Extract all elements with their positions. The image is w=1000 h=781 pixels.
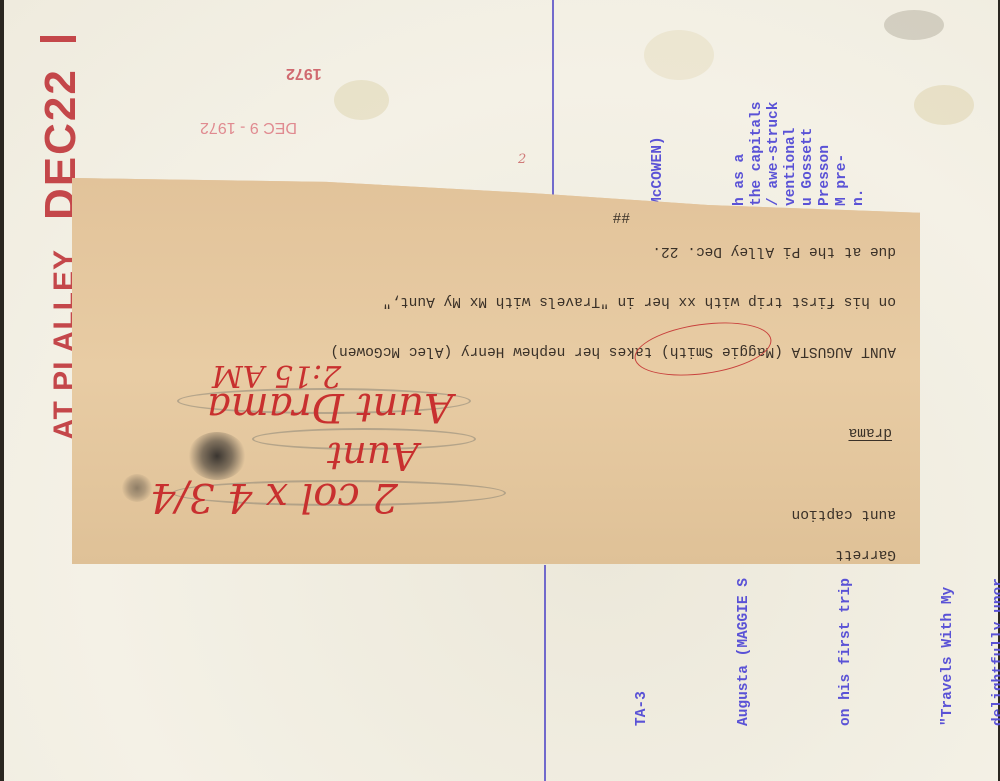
typed-line-end: ## (613, 208, 630, 224)
age-stain (884, 10, 944, 40)
caption-line: "Travels With My (940, 569, 957, 726)
blue-typed-caption: TA-3 Augusta (MAGGIE S on his first trip… (600, 569, 1000, 726)
blue-fragment: h as a (732, 154, 749, 206)
ink-smudge (188, 432, 246, 480)
caption-line (889, 569, 906, 726)
date-stamp-faded: 1972 (286, 64, 322, 82)
date-stamp: DEC 9 - 1972 (200, 118, 297, 136)
typed-line-drama: drama (848, 424, 892, 440)
blue-fragment: McCOWEN) (650, 136, 667, 206)
caption-line: Augusta (MAGGIE S (736, 569, 753, 726)
blue-fragment: the capitals (749, 102, 766, 206)
age-stain (914, 85, 974, 125)
blue-fragment: M pre- (834, 154, 851, 206)
typed-line-body-1: AUNT AUGUSTA (Maggie Smith) takes her ne… (330, 343, 896, 359)
blue-fragment: n. (851, 189, 868, 206)
ink-smudge (122, 474, 152, 502)
caption-line (685, 569, 702, 726)
mark-stamp (40, 36, 76, 42)
name-circle (631, 315, 775, 384)
typed-line-slug: Garrett (835, 546, 896, 562)
caption-line (787, 569, 804, 726)
typed-line-body-2: on his first trip with xx her in "Travel… (383, 293, 896, 309)
caption-line: on his first trip (838, 569, 855, 726)
age-stain (334, 80, 389, 120)
handwritten-title: Aunt Drama (207, 384, 453, 430)
blue-fragment: / awe-struck (766, 102, 783, 206)
ruled-line (544, 565, 546, 781)
caption-line: TA-3 (634, 569, 651, 726)
age-stain (644, 30, 714, 80)
caption-line: delightfully unor (991, 569, 1000, 726)
blue-fragment: u Gossett (800, 128, 817, 206)
handwritten-aunt: Aunt (327, 434, 419, 478)
typed-line-body-3: due at the Pi Alley Dec. 22. (652, 243, 896, 259)
blue-fragment: Presson (817, 145, 834, 206)
ruled-line (552, 0, 554, 205)
handwritten-size: 2 col x 4 3/4 (150, 474, 398, 520)
page-mark: 2 (518, 152, 526, 167)
blue-fragment: ventional (783, 128, 800, 206)
typed-line-caption: aunt caption (792, 506, 896, 522)
caption-slip: Garrett aunt caption drama AUNT AUGUSTA … (72, 178, 920, 564)
